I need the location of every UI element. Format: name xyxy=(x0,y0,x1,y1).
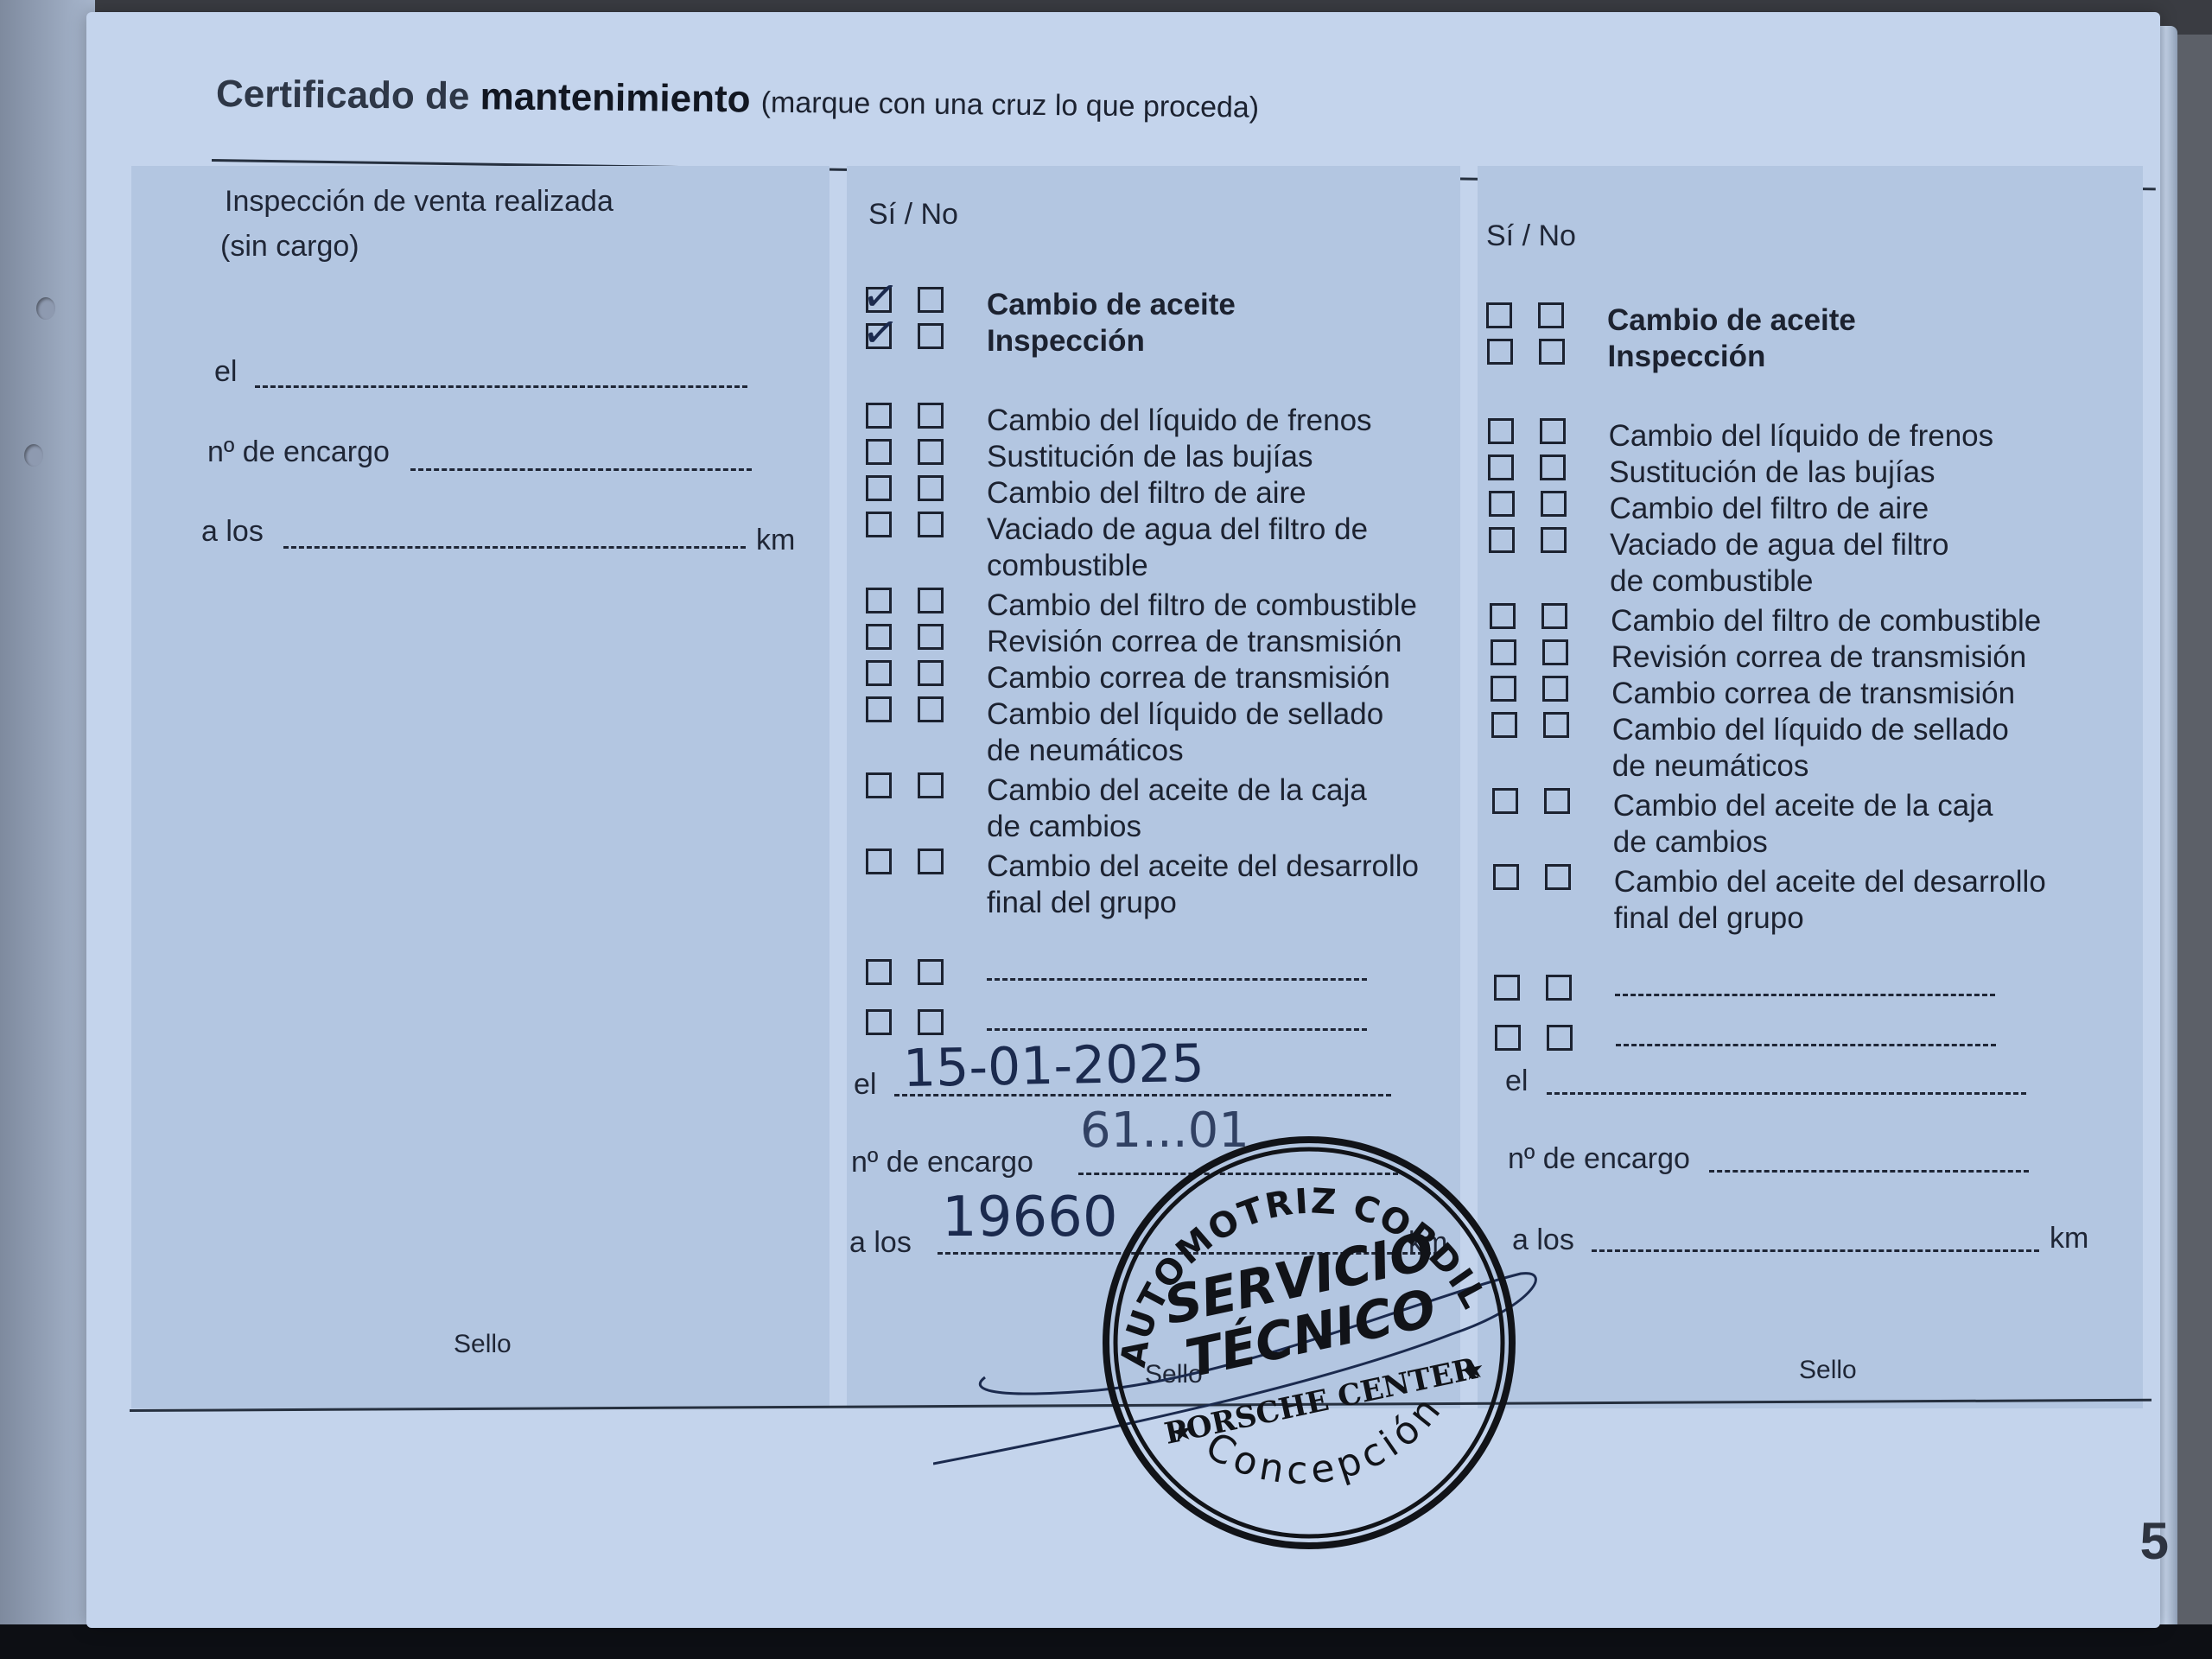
checklist-item-label: Sustitución de las bujías xyxy=(1609,454,1935,491)
checklist-item-label: Vaciado de agua del filtro de combustibl… xyxy=(987,512,1368,584)
no-checkbox[interactable] xyxy=(1538,302,1564,328)
yes-checkbox[interactable] xyxy=(1489,491,1515,517)
date-field[interactable] xyxy=(255,385,747,388)
yes-checkbox[interactable] xyxy=(866,959,892,985)
checklist-item-label: Cambio del aceite de la caja de cambios xyxy=(987,772,1367,845)
no-checkbox[interactable] xyxy=(1541,603,1567,629)
yes-checkbox[interactable] xyxy=(1486,302,1512,328)
yes-checkbox[interactable] xyxy=(866,588,892,613)
yes-checkbox[interactable] xyxy=(1492,788,1518,814)
title-part-2: mantenimiento xyxy=(480,75,750,120)
no-checkbox[interactable] xyxy=(918,624,944,650)
checklist-item-label: Cambio del líquido de sellado de neumáti… xyxy=(1612,712,2009,785)
no-checkbox[interactable] xyxy=(1542,676,1568,702)
checklist-row: Cambio del aceite de la caja de cambios xyxy=(866,772,1367,845)
no-checkbox[interactable] xyxy=(1544,788,1570,814)
yes-no-header: Sí / No xyxy=(868,198,958,232)
svg-text:★: ★ xyxy=(1459,1353,1488,1388)
no-checkbox[interactable] xyxy=(1545,864,1571,890)
checklist-row: Cambio del aceite del desarrollo final d… xyxy=(1493,864,2046,937)
checklist-row xyxy=(1494,975,1978,1001)
no-checkbox[interactable] xyxy=(918,1009,944,1035)
checklist-item-label: Cambio del líquido de sellado de neumáti… xyxy=(987,696,1383,769)
date-field[interactable] xyxy=(1547,1092,2026,1095)
checklist-row: Sustitución de las bujías xyxy=(866,439,1313,475)
checklist-item-label: Cambio de aceite xyxy=(1607,302,1856,339)
seal-label: Sello xyxy=(454,1330,512,1359)
checklist-row: Cambio del líquido de sellado de neumáti… xyxy=(1491,712,2009,785)
no-checkbox[interactable] xyxy=(918,512,944,537)
km-label: a los xyxy=(849,1226,912,1260)
checklist-row: Cambio del líquido de frenos xyxy=(866,403,1372,439)
yes-checkbox[interactable] xyxy=(866,772,892,798)
checklist-row: Vaciado de agua del filtro de combustibl… xyxy=(866,512,1368,584)
sale-inspection-heading: Inspección de venta realizada xyxy=(225,185,613,219)
background-bottom xyxy=(0,1624,2212,1659)
no-checkbox[interactable] xyxy=(1547,1025,1573,1051)
yes-checkbox[interactable] xyxy=(866,403,892,429)
checklist-row: Vaciado de agua del filtro de combustibl… xyxy=(1489,527,1948,600)
checklist-row: Cambio del aceite de la caja de cambios xyxy=(1492,788,1993,861)
page-title: Certificado de mantenimiento (marque con… xyxy=(216,73,1260,127)
no-checkbox[interactable] xyxy=(1541,491,1567,517)
checklist-item-label: Cambio del líquido de frenos xyxy=(987,403,1372,439)
background-left xyxy=(0,0,95,1659)
checklist-item-label: Revisión correa de transmisión xyxy=(987,624,1402,660)
no-checkbox[interactable] xyxy=(918,959,944,985)
yes-checkbox[interactable] xyxy=(866,696,892,722)
km-field[interactable] xyxy=(1592,1249,2039,1252)
checklist-row: Cambio del filtro de aire xyxy=(866,475,1306,512)
km-field[interactable] xyxy=(283,546,746,549)
sale-inspection-subheading: (sin cargo) xyxy=(220,230,359,264)
checklist-row: Cambio del filtro de combustible xyxy=(866,588,1417,624)
checklist-row: Cambio del aceite del desarrollo final d… xyxy=(866,849,1419,921)
checklist-row xyxy=(1495,1025,1979,1051)
date-label: el xyxy=(1505,1065,1528,1098)
left-panel xyxy=(131,166,829,1408)
handwritten-check-icon: ✓ xyxy=(859,305,902,359)
order-label: nº de encargo xyxy=(851,1146,1033,1179)
km-unit: km xyxy=(756,524,795,557)
yes-no-header: Sí / No xyxy=(1486,219,1576,253)
no-checkbox[interactable] xyxy=(1543,712,1569,738)
yes-checkbox[interactable] xyxy=(866,660,892,686)
custom-item-field[interactable] xyxy=(987,978,1367,981)
checklist-item-label: Cambio del aceite del desarrollo final d… xyxy=(987,849,1419,921)
checklist-row xyxy=(866,1009,1350,1035)
checklist-item-label: Cambio del filtro de combustible xyxy=(1611,603,2041,639)
no-checkbox[interactable] xyxy=(1539,339,1565,365)
order-label: nº de encargo xyxy=(207,435,390,469)
no-checkbox[interactable] xyxy=(918,287,944,313)
checklist-item-label: Cambio del líquido de frenos xyxy=(1609,418,1994,454)
binding-hole xyxy=(36,297,55,320)
checklist-row: Cambio del filtro de aire xyxy=(1489,491,1929,527)
no-checkbox[interactable] xyxy=(918,772,944,798)
checklist-row: Cambio del filtro de combustible xyxy=(1490,603,2041,639)
order-label: nº de encargo xyxy=(1508,1142,1690,1176)
checklist-row: ✓Cambio de aceite xyxy=(866,287,1236,323)
yes-checkbox[interactable] xyxy=(1491,639,1516,665)
no-checkbox[interactable] xyxy=(918,660,944,686)
checklist-item-label: Cambio del filtro de aire xyxy=(987,475,1306,512)
km-unit: km xyxy=(2050,1222,2088,1255)
checklist-item-label: Cambio del filtro de combustible xyxy=(987,588,1417,624)
checklist-row xyxy=(866,959,1350,985)
date-label: el xyxy=(854,1068,876,1102)
no-checkbox[interactable] xyxy=(918,403,944,429)
no-checkbox[interactable] xyxy=(918,439,944,465)
checklist-row: Cambio correa de transmisión xyxy=(866,660,1390,696)
yes-checkbox[interactable] xyxy=(1490,603,1516,629)
no-checkbox[interactable] xyxy=(1542,639,1568,665)
title-note: (marque con una cruz lo que proceda) xyxy=(761,86,1260,124)
checklist-item-label: Cambio correa de transmisión xyxy=(1611,676,2015,712)
no-checkbox[interactable] xyxy=(918,696,944,722)
yes-checkbox[interactable] xyxy=(1494,975,1520,1001)
order-field[interactable] xyxy=(410,468,752,471)
no-checkbox[interactable] xyxy=(918,849,944,874)
yes-checkbox[interactable] xyxy=(866,624,892,650)
custom-item-field[interactable] xyxy=(987,1028,1367,1031)
checklist-row: Sustitución de las bujías xyxy=(1488,454,1935,491)
yes-checkbox[interactable] xyxy=(866,475,892,501)
title-part-1: Certificado de xyxy=(216,73,470,118)
no-checkbox[interactable] xyxy=(918,475,944,501)
checklist-item-label: Cambio de aceite xyxy=(987,287,1236,323)
date-value-handwritten[interactable]: 15-01-2025 xyxy=(902,1033,1205,1099)
no-checkbox[interactable] xyxy=(1546,975,1572,1001)
custom-item-field[interactable] xyxy=(1615,994,1995,996)
checklist-item-label: Cambio del filtro de aire xyxy=(1610,491,1929,527)
yes-checkbox[interactable] xyxy=(1493,864,1519,890)
checklist-row: Cambio del líquido de sellado de neumáti… xyxy=(866,696,1383,769)
no-checkbox[interactable] xyxy=(918,588,944,613)
service-stamp: AUTOMOTRIZ CORDILLERA S.A. Concepción SE… xyxy=(1080,1109,1529,1559)
binding-hole xyxy=(24,444,43,467)
no-checkbox[interactable] xyxy=(1541,527,1567,553)
checklist-item-label: Inspección xyxy=(987,323,1145,359)
checklist-row: Revisión correa de transmisión xyxy=(1491,639,2026,676)
yes-checkbox[interactable] xyxy=(1489,527,1515,553)
checklist-row: Cambio de aceite xyxy=(1486,302,1856,339)
page-number: 5 xyxy=(2140,1511,2169,1571)
checklist-item-label: Cambio del aceite de la caja de cambios xyxy=(1613,788,1993,861)
checklist-row: ✓Inspección xyxy=(866,323,1145,359)
no-checkbox[interactable] xyxy=(918,323,944,349)
seal-label: Sello xyxy=(1799,1356,1857,1385)
yes-checkbox[interactable] xyxy=(1491,676,1516,702)
no-checkbox[interactable] xyxy=(1540,454,1566,480)
yes-checkbox[interactable] xyxy=(866,512,892,537)
checklist-item-label: Cambio correa de transmisión xyxy=(987,660,1390,696)
yes-checkbox[interactable] xyxy=(866,439,892,465)
checklist-row: Cambio del líquido de frenos xyxy=(1488,418,1994,454)
yes-checkbox[interactable] xyxy=(1491,712,1517,738)
checklist-item-label: Inspección xyxy=(1608,339,1766,375)
yes-checkbox[interactable] xyxy=(1495,1025,1521,1051)
yes-checkbox[interactable] xyxy=(1487,339,1513,365)
checklist-item-label: Cambio del aceite del desarrollo final d… xyxy=(1614,864,2046,937)
no-checkbox[interactable] xyxy=(1540,418,1566,444)
checklist-item-label: Sustitución de las bujías xyxy=(987,439,1313,475)
checklist-row: Cambio correa de transmisión xyxy=(1491,676,2015,712)
date-label: el xyxy=(214,355,237,389)
checklist-row: Inspección xyxy=(1487,339,1766,375)
booklet-page: Certificado de mantenimiento (marque con… xyxy=(86,12,2160,1628)
yes-checkbox[interactable] xyxy=(866,1009,892,1035)
order-field[interactable] xyxy=(1709,1170,2029,1173)
checklist-item-label: Revisión correa de transmisión xyxy=(1611,639,2026,676)
checklist-row: Revisión correa de transmisión xyxy=(866,624,1402,660)
custom-item-field[interactable] xyxy=(1616,1044,1996,1046)
km-label: a los xyxy=(201,515,264,549)
checklist-item-label: Vaciado de agua del filtro de combustibl… xyxy=(1610,527,1948,600)
yes-checkbox[interactable] xyxy=(866,849,892,874)
yes-checkbox[interactable] xyxy=(1488,454,1514,480)
yes-checkbox[interactable] xyxy=(1488,418,1514,444)
